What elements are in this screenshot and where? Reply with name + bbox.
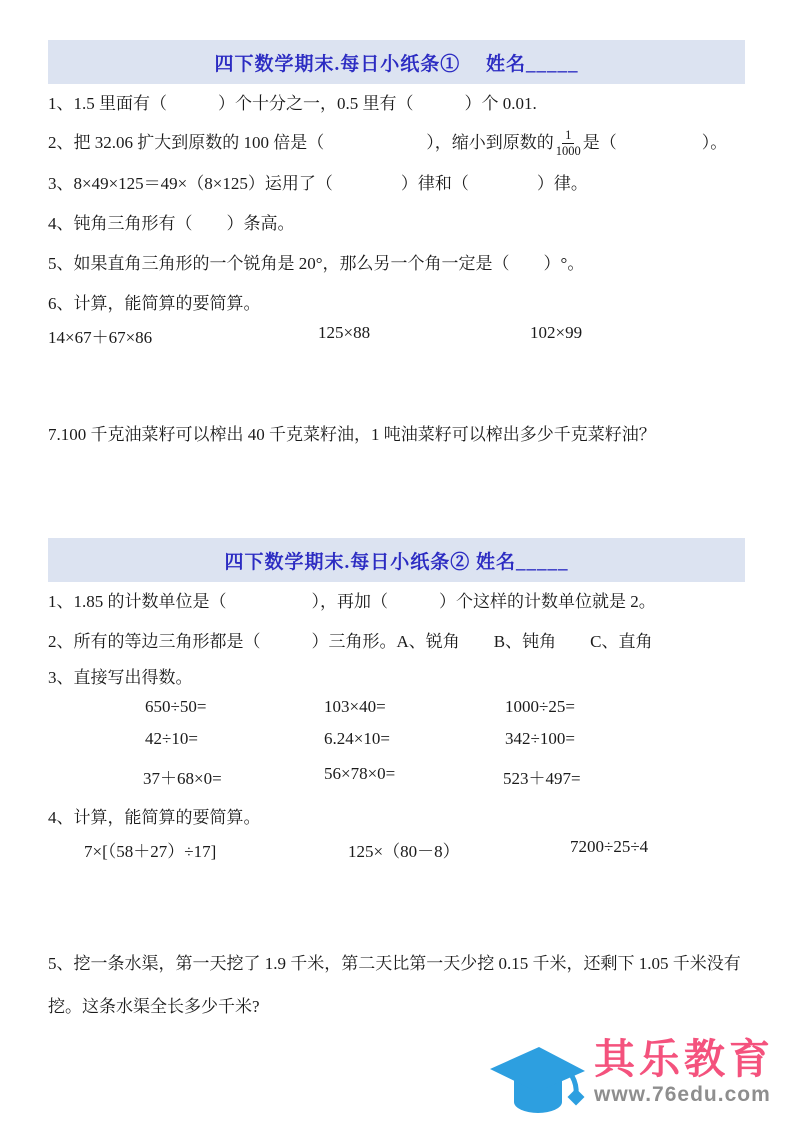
mental-expression: 37＋68×0= xyxy=(143,764,222,789)
s2-question-4: 4、计算，能简算的要简算。 xyxy=(48,807,261,829)
section2-title: 四下数学期末.每日小纸条② 姓名_____ xyxy=(224,547,568,574)
brand-url: www.76edu.com xyxy=(594,1083,771,1106)
fraction-1-1000: 1 1000 xyxy=(556,128,581,158)
mental-expression: 56×78×0= xyxy=(324,764,395,784)
mental-expression: 650÷50= xyxy=(145,697,206,717)
s1-question-7: 7.100 千克油菜籽可以榨出 40 千克菜籽油，1 吨油菜籽可以榨出多少千克菜… xyxy=(48,424,656,446)
s2-question-5: 5、挖一条水渠，第一天挖了 1.9 千米，第二天比第一天少挖 0.15 千米，还… xyxy=(48,942,754,1028)
calc-expression: 125×88 xyxy=(318,323,370,343)
s2-mental-row-2: 42÷10= 6.24×10= 342÷100= xyxy=(48,729,748,751)
fraction-denominator: 1000 xyxy=(556,144,581,158)
s2-mental-row-1: 650÷50= 103×40= 1000÷25= xyxy=(48,697,748,719)
calc-expression: 7200÷25÷4 xyxy=(570,837,648,857)
calc-expression: 7×[（58＋27）÷17] xyxy=(84,837,216,862)
s1-question-6: 6、计算，能简算的要简算。 xyxy=(48,293,261,315)
s1-question-3: 3、8×49×125＝49×（8×125）运用了（ ）律和（ ）律。 xyxy=(48,173,588,195)
s2-question-2: 2、所有的等边三角形都是（ ）三角形。A、锐角 B、钝角 C、直角 xyxy=(48,631,652,653)
section2-header: 四下数学期末.每日小纸条② 姓名_____ xyxy=(48,538,745,582)
mental-expression: 6.24×10= xyxy=(324,729,390,749)
worksheet-page: 四下数学期末.每日小纸条① 姓名_____ 1、1.5 里面有（ ）个十分之一，… xyxy=(0,0,793,1122)
calc-expression: 102×99 xyxy=(530,323,582,343)
s2-question-1: 1、1.85 的计数单位是（ ），再加（ ）个这样的计数单位就是 2。 xyxy=(48,591,656,613)
s1-question-5: 5、如果直角三角形的一个锐角是 20°，那么另一个角一定是（ ）°。 xyxy=(48,253,584,275)
s1-q2-text-pre: 2、把 32.06 扩大到原数的 100 倍是（ ），缩小到原数的 xyxy=(48,132,554,154)
mental-expression: 342÷100= xyxy=(505,729,575,749)
s1-question-4: 4、钝角三角形有（ ）条高。 xyxy=(48,213,295,235)
s2-calc-row: 7×[（58＋27）÷17] 125×（80－8） 7200÷25÷4 xyxy=(48,837,748,859)
s2-question-3: 3、直接写出得数。 xyxy=(48,667,193,689)
calc-expression: 125×（80－8） xyxy=(348,837,460,862)
brand-logo: 其乐教育 www.76edu.com xyxy=(486,1036,790,1120)
mental-expression: 523＋497= xyxy=(503,764,581,789)
brand-name: 其乐教育 xyxy=(594,1036,774,1083)
graduation-cap-icon xyxy=(486,1038,590,1122)
s1-q2-text-post: 是（ ）。 xyxy=(583,132,728,154)
brand-text-block: 其乐教育 www.76edu.com xyxy=(594,1036,774,1106)
mental-expression: 103×40= xyxy=(324,697,386,717)
fraction-numerator: 1 xyxy=(562,128,574,143)
s1-question-2: 2、把 32.06 扩大到原数的 100 倍是（ ），缩小到原数的 1 1000… xyxy=(48,124,727,162)
s1-question-1: 1、1.5 里面有（ ）个十分之一，0.5 里有（ ）个 0.01. xyxy=(48,93,537,115)
section1-title: 四下数学期末.每日小纸条① 姓名_____ xyxy=(214,49,578,76)
section1-header: 四下数学期末.每日小纸条① 姓名_____ xyxy=(48,40,745,84)
mental-expression: 1000÷25= xyxy=(505,697,575,717)
calc-expression: 14×67＋67×86 xyxy=(48,323,152,348)
s1-calc-row: 14×67＋67×86 125×88 102×99 xyxy=(48,323,748,345)
mental-expression: 42÷10= xyxy=(145,729,198,749)
s2-mental-row-3: 37＋68×0= 56×78×0= 523＋497= xyxy=(48,764,748,786)
